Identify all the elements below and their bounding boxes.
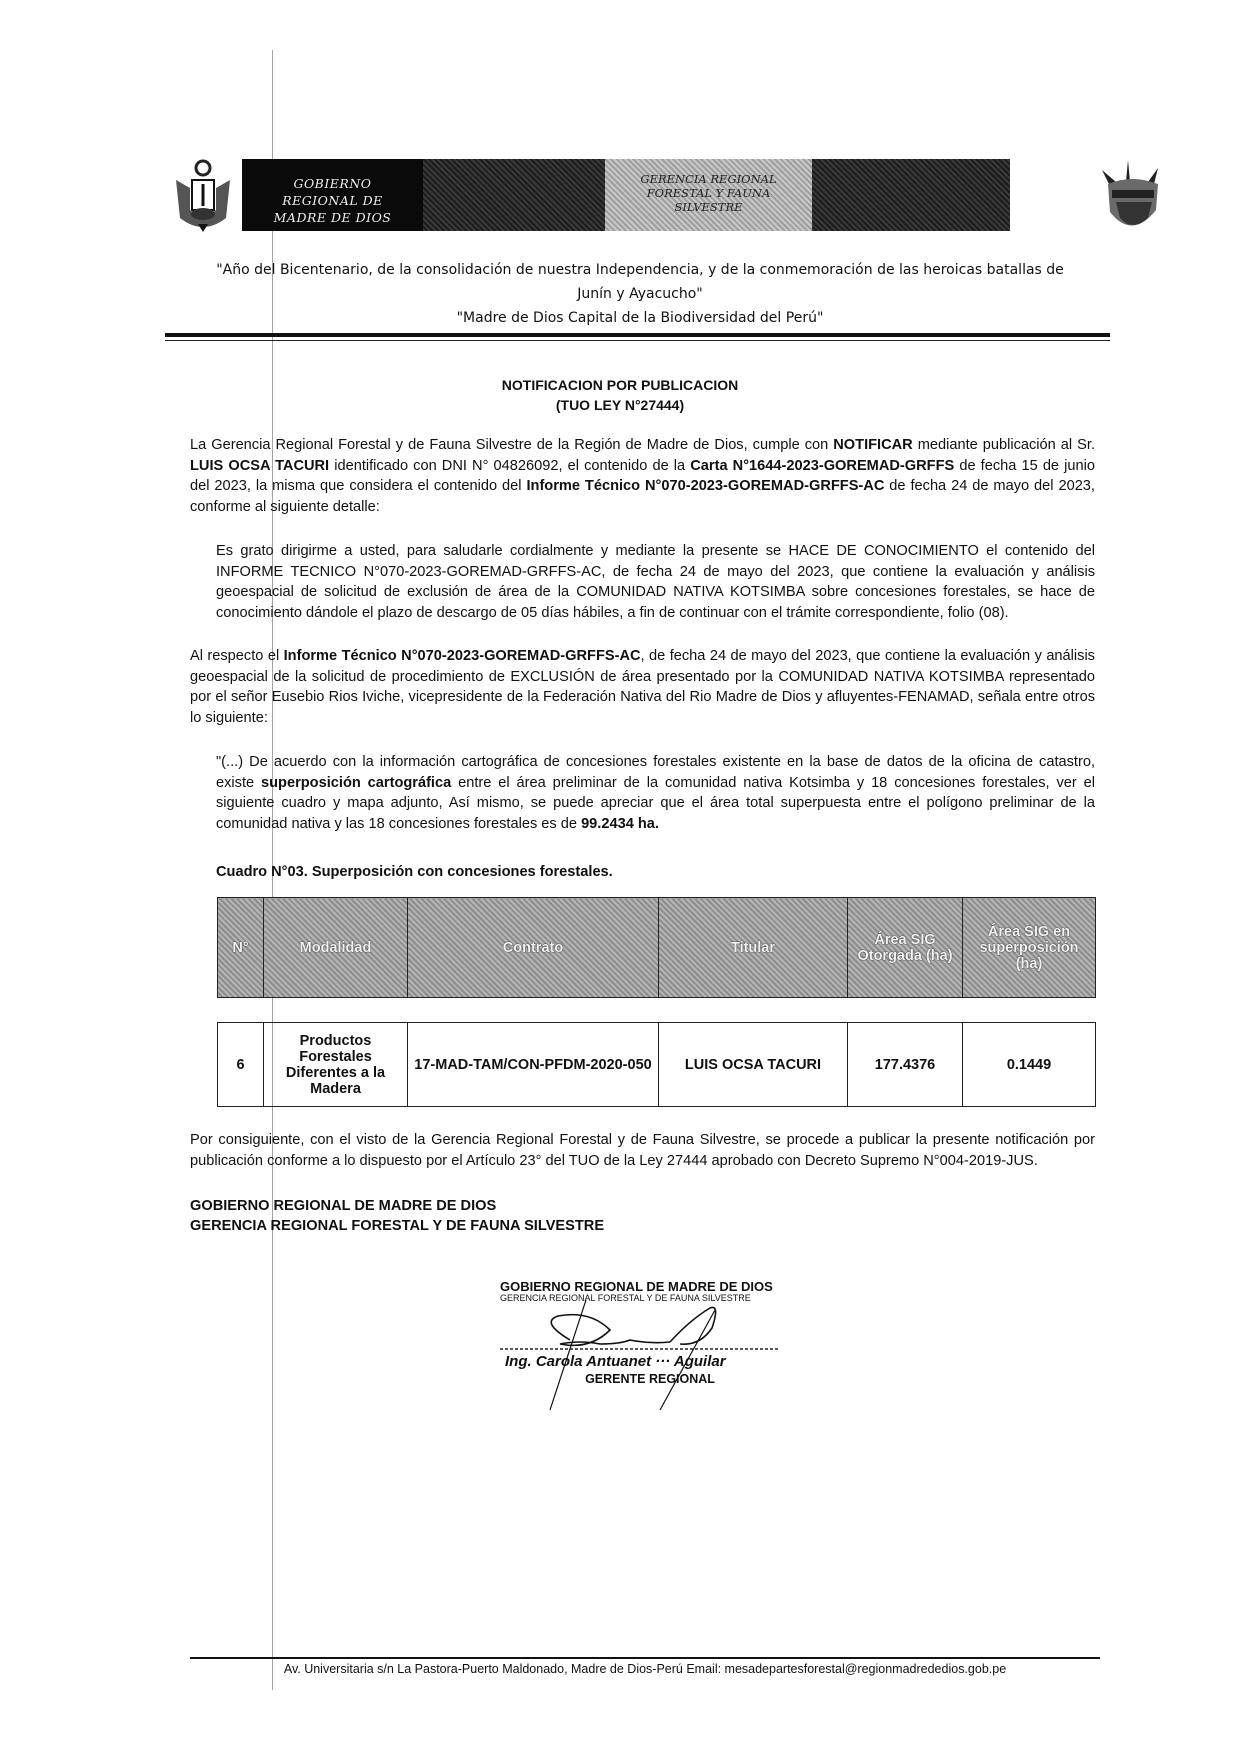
closing-line-2: GERENCIA REGIONAL FORESTAL Y DE FAUNA SI… [190, 1216, 604, 1237]
peru-coat-of-arms-icon [170, 158, 236, 234]
header-panel-decorative [423, 159, 605, 231]
paragraph-informe: Al respecto el Informe Técnico N°070-202… [190, 646, 1095, 728]
motto-line-1: "Año del Bicentenario, de la consolidaci… [160, 262, 1120, 278]
superposicion-table-header: N° Modalidad Contrato Titular Área SIG O… [217, 897, 1096, 998]
footer-rule [190, 1657, 1100, 1659]
signatory-name: Ing. Carola Antuanet ··· Aguilar [505, 1353, 726, 1370]
cell-contrato: 17-MAD-TAM/CON-PFDM-2020-050 [408, 1023, 659, 1107]
cell-area-superposicion: 0.1449 [963, 1023, 1096, 1107]
table-row: 6 Productos Forestales Diferentes a la M… [218, 1023, 1096, 1107]
header-rule-thick [165, 333, 1110, 337]
header-panel-line: REGIONAL DE [242, 192, 423, 209]
column-header-area-otorgada: Área SIG Otorgada (ha) [848, 898, 963, 998]
footer-address: Av. Universitaria s/n La Pastora-Puerto … [190, 1662, 1100, 1676]
document-title: NOTIFICACION POR PUBLICACION [0, 377, 1240, 393]
header-panel-decorative [812, 159, 1010, 231]
column-header-numero: N° [218, 898, 264, 998]
cell-titular: LUIS OCSA TACURI [659, 1023, 848, 1107]
header-panel-gobierno: GOBIERNO REGIONAL DE MADRE DE DIOS [242, 159, 423, 231]
header-rule-thin [165, 340, 1110, 341]
header-panel-gerencia: GERENCIA REGIONAL FORESTAL Y FAUNA SILVE… [605, 159, 812, 231]
motto-line-3: "Madre de Dios Capital de la Biodiversid… [160, 310, 1120, 326]
header-panel-line: MADRE DE DIOS [242, 209, 423, 226]
header-panel-line: FORESTAL Y FAUNA [605, 186, 812, 200]
paragraph-carta-quote: Es grato dirigirme a usted, para saludar… [216, 541, 1095, 623]
column-header-titular: Titular [659, 898, 848, 998]
motto-line-2: Junín y Ayacucho" [160, 286, 1120, 302]
column-header-area-superposicion: Área SIG en superposición (ha) [963, 898, 1096, 998]
paragraph-intro: La Gerencia Regional Forestal y de Fauna… [190, 435, 1095, 517]
paragraph-conclusion: Por consiguiente, con el visto de la Ger… [190, 1130, 1095, 1171]
stamp-line-1: GOBIERNO REGIONAL DE MADRE DE DIOS [500, 1280, 800, 1293]
superposicion-table-body: 6 Productos Forestales Diferentes a la M… [217, 1022, 1096, 1107]
header-panel-line: SILVESTRE [605, 200, 812, 214]
cell-numero: 6 [218, 1023, 264, 1107]
cell-modalidad: Productos Forestales Diferentes a la Mad… [264, 1023, 408, 1107]
header-panel-line: GOBIERNO [242, 175, 423, 192]
signatory-role: GERENTE REGIONAL [500, 1372, 800, 1386]
cell-area-otorgada: 177.4376 [848, 1023, 963, 1107]
madre-de-dios-crest-icon [1098, 160, 1166, 236]
table-caption: Cuadro N°03. Superposición con concesion… [216, 862, 613, 883]
column-header-contrato: Contrato [408, 898, 659, 998]
closing-line-1: GOBIERNO REGIONAL DE MADRE DE DIOS [190, 1196, 496, 1217]
header-panel-line: GERENCIA REGIONAL [605, 172, 812, 186]
document-subtitle: (TUO LEY N°27444) [0, 397, 1240, 413]
paragraph-informe-quote: "(...) De acuerdo con la información car… [216, 752, 1095, 834]
column-header-modalidad: Modalidad [264, 898, 408, 998]
